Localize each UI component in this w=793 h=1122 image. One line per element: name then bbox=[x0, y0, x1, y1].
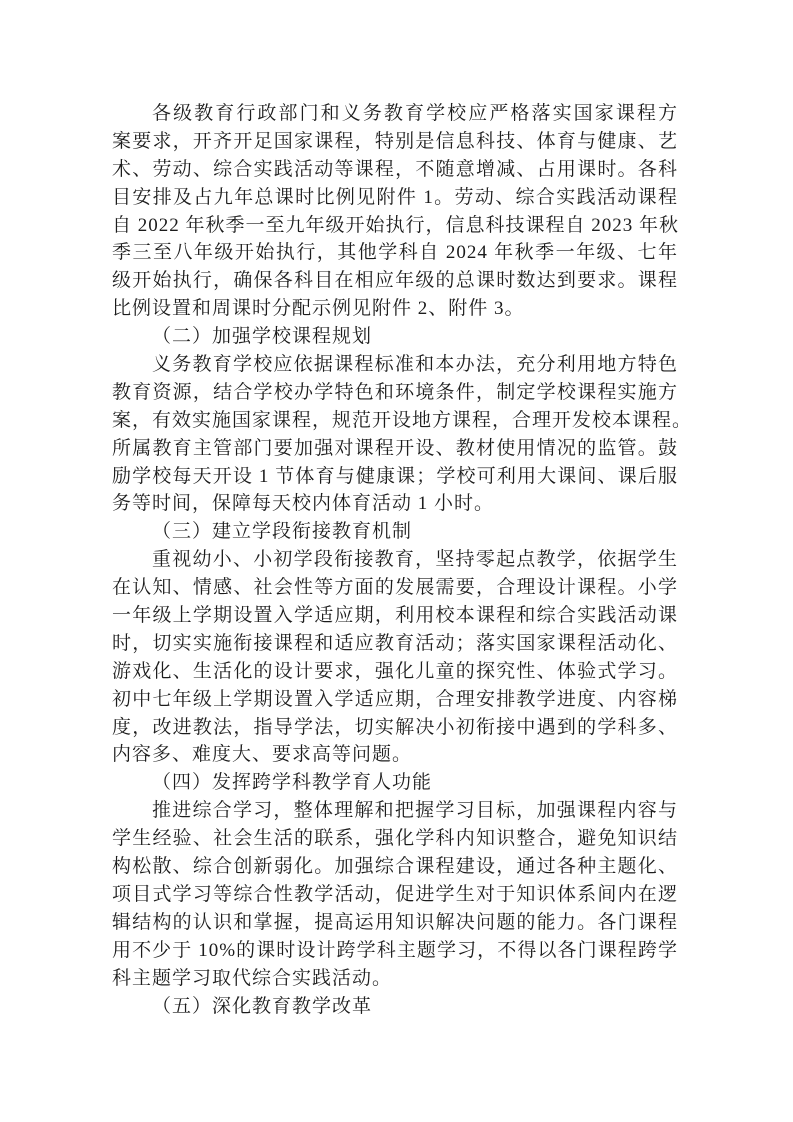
section-heading: （三）建立学段衔接教育机制 bbox=[112, 518, 678, 546]
text-line: 游戏化、生活化的设计要求，强化儿童的探究性、体验式学习。 bbox=[112, 658, 678, 686]
text-line: 初中七年级上学期设置入学适应期，合理安排教学进度、内容梯 bbox=[112, 686, 678, 714]
text-line: 励学校每天开设 1 节体育与健康课；学校可利用大课间、课后服 bbox=[112, 463, 678, 491]
text-line: 推进综合学习，整体理解和把握学习目标，加强课程内容与 bbox=[112, 797, 678, 825]
document-page: 各级教育行政部门和义务教育学校应严格落实国家课程方案要求，开齐开足国家课程，特别… bbox=[0, 0, 793, 1122]
text-line: 比例设置和周课时分配示例见附件 2、附件 3。 bbox=[112, 295, 678, 323]
text-line: 项目式学习等综合性教学活动，促进学生对于知识体系间内在逻 bbox=[112, 881, 678, 909]
text-line: 教育资源，结合学校办学特色和环境条件，制定学校课程实施方 bbox=[112, 379, 678, 407]
text-line: 义务教育学校应依据课程标准和本办法，充分利用地方特色 bbox=[112, 351, 678, 379]
text-line: 科主题学习取代综合实践活动。 bbox=[112, 965, 678, 993]
text-line: 时，切实实施衔接课程和适应教育活动；落实国家课程活动化、 bbox=[112, 630, 678, 658]
text-line: 季三至八年级开始执行，其他学科自 2024 年秋季一年级、七年 bbox=[112, 239, 678, 267]
text-line: 一年级上学期设置入学适应期，利用校本课程和综合实践活动课 bbox=[112, 602, 678, 630]
text-line: 术、劳动、综合实践活动等课程，不随意增减、占用课时。各科 bbox=[112, 156, 678, 184]
text-line: 重视幼小、小初学段衔接教育，坚持零起点教学，依据学生 bbox=[112, 546, 678, 574]
text-line: 辑结构的认识和掌握，提高运用知识解决问题的能力。各门课程 bbox=[112, 909, 678, 937]
text-line: 各级教育行政部门和义务教育学校应严格落实国家课程方 bbox=[112, 100, 678, 128]
text-line: 学生经验、社会生活的联系，强化学科内知识整合，避免知识结 bbox=[112, 825, 678, 853]
section-heading: （五）深化教育教学改革 bbox=[112, 993, 678, 1021]
text-line: 案要求，开齐开足国家课程，特别是信息科技、体育与健康、艺 bbox=[112, 128, 678, 156]
text-line: 自 2022 年秋季一至九年级开始执行，信息科技课程自 2023 年秋 bbox=[112, 212, 678, 240]
text-line: 内容多、难度大、要求高等问题。 bbox=[112, 741, 678, 769]
text-line: 级开始执行，确保各科目在相应年级的总课时数达到要求。课程 bbox=[112, 267, 678, 295]
text-line: 务等时间，保障每天校内体育活动 1 小时。 bbox=[112, 490, 678, 518]
text-line: 在认知、情感、社会性等方面的发展需要，合理设计课程。小学 bbox=[112, 574, 678, 602]
document-content: 各级教育行政部门和义务教育学校应严格落实国家课程方案要求，开齐开足国家课程，特别… bbox=[112, 100, 678, 1020]
text-line: 构松散、综合创新弱化。加强综合课程建设，通过各种主题化、 bbox=[112, 853, 678, 881]
text-line: 所属教育主管部门要加强对课程开设、教材使用情况的监管。鼓 bbox=[112, 435, 678, 463]
text-line: 目安排及占九年总课时比例见附件 1。劳动、综合实践活动课程 bbox=[112, 184, 678, 212]
text-line: 案，有效实施国家课程，规范开设地方课程，合理开发校本课程。 bbox=[112, 407, 678, 435]
text-line: 用不少于 10%的课时设计跨学科主题学习，不得以各门课程跨学 bbox=[112, 937, 678, 965]
text-line: 度，改进教法，指导学法，切实解决小初衔接中遇到的学科多、 bbox=[112, 714, 678, 742]
section-heading: （二）加强学校课程规划 bbox=[112, 323, 678, 351]
section-heading: （四）发挥跨学科教学育人功能 bbox=[112, 769, 678, 797]
